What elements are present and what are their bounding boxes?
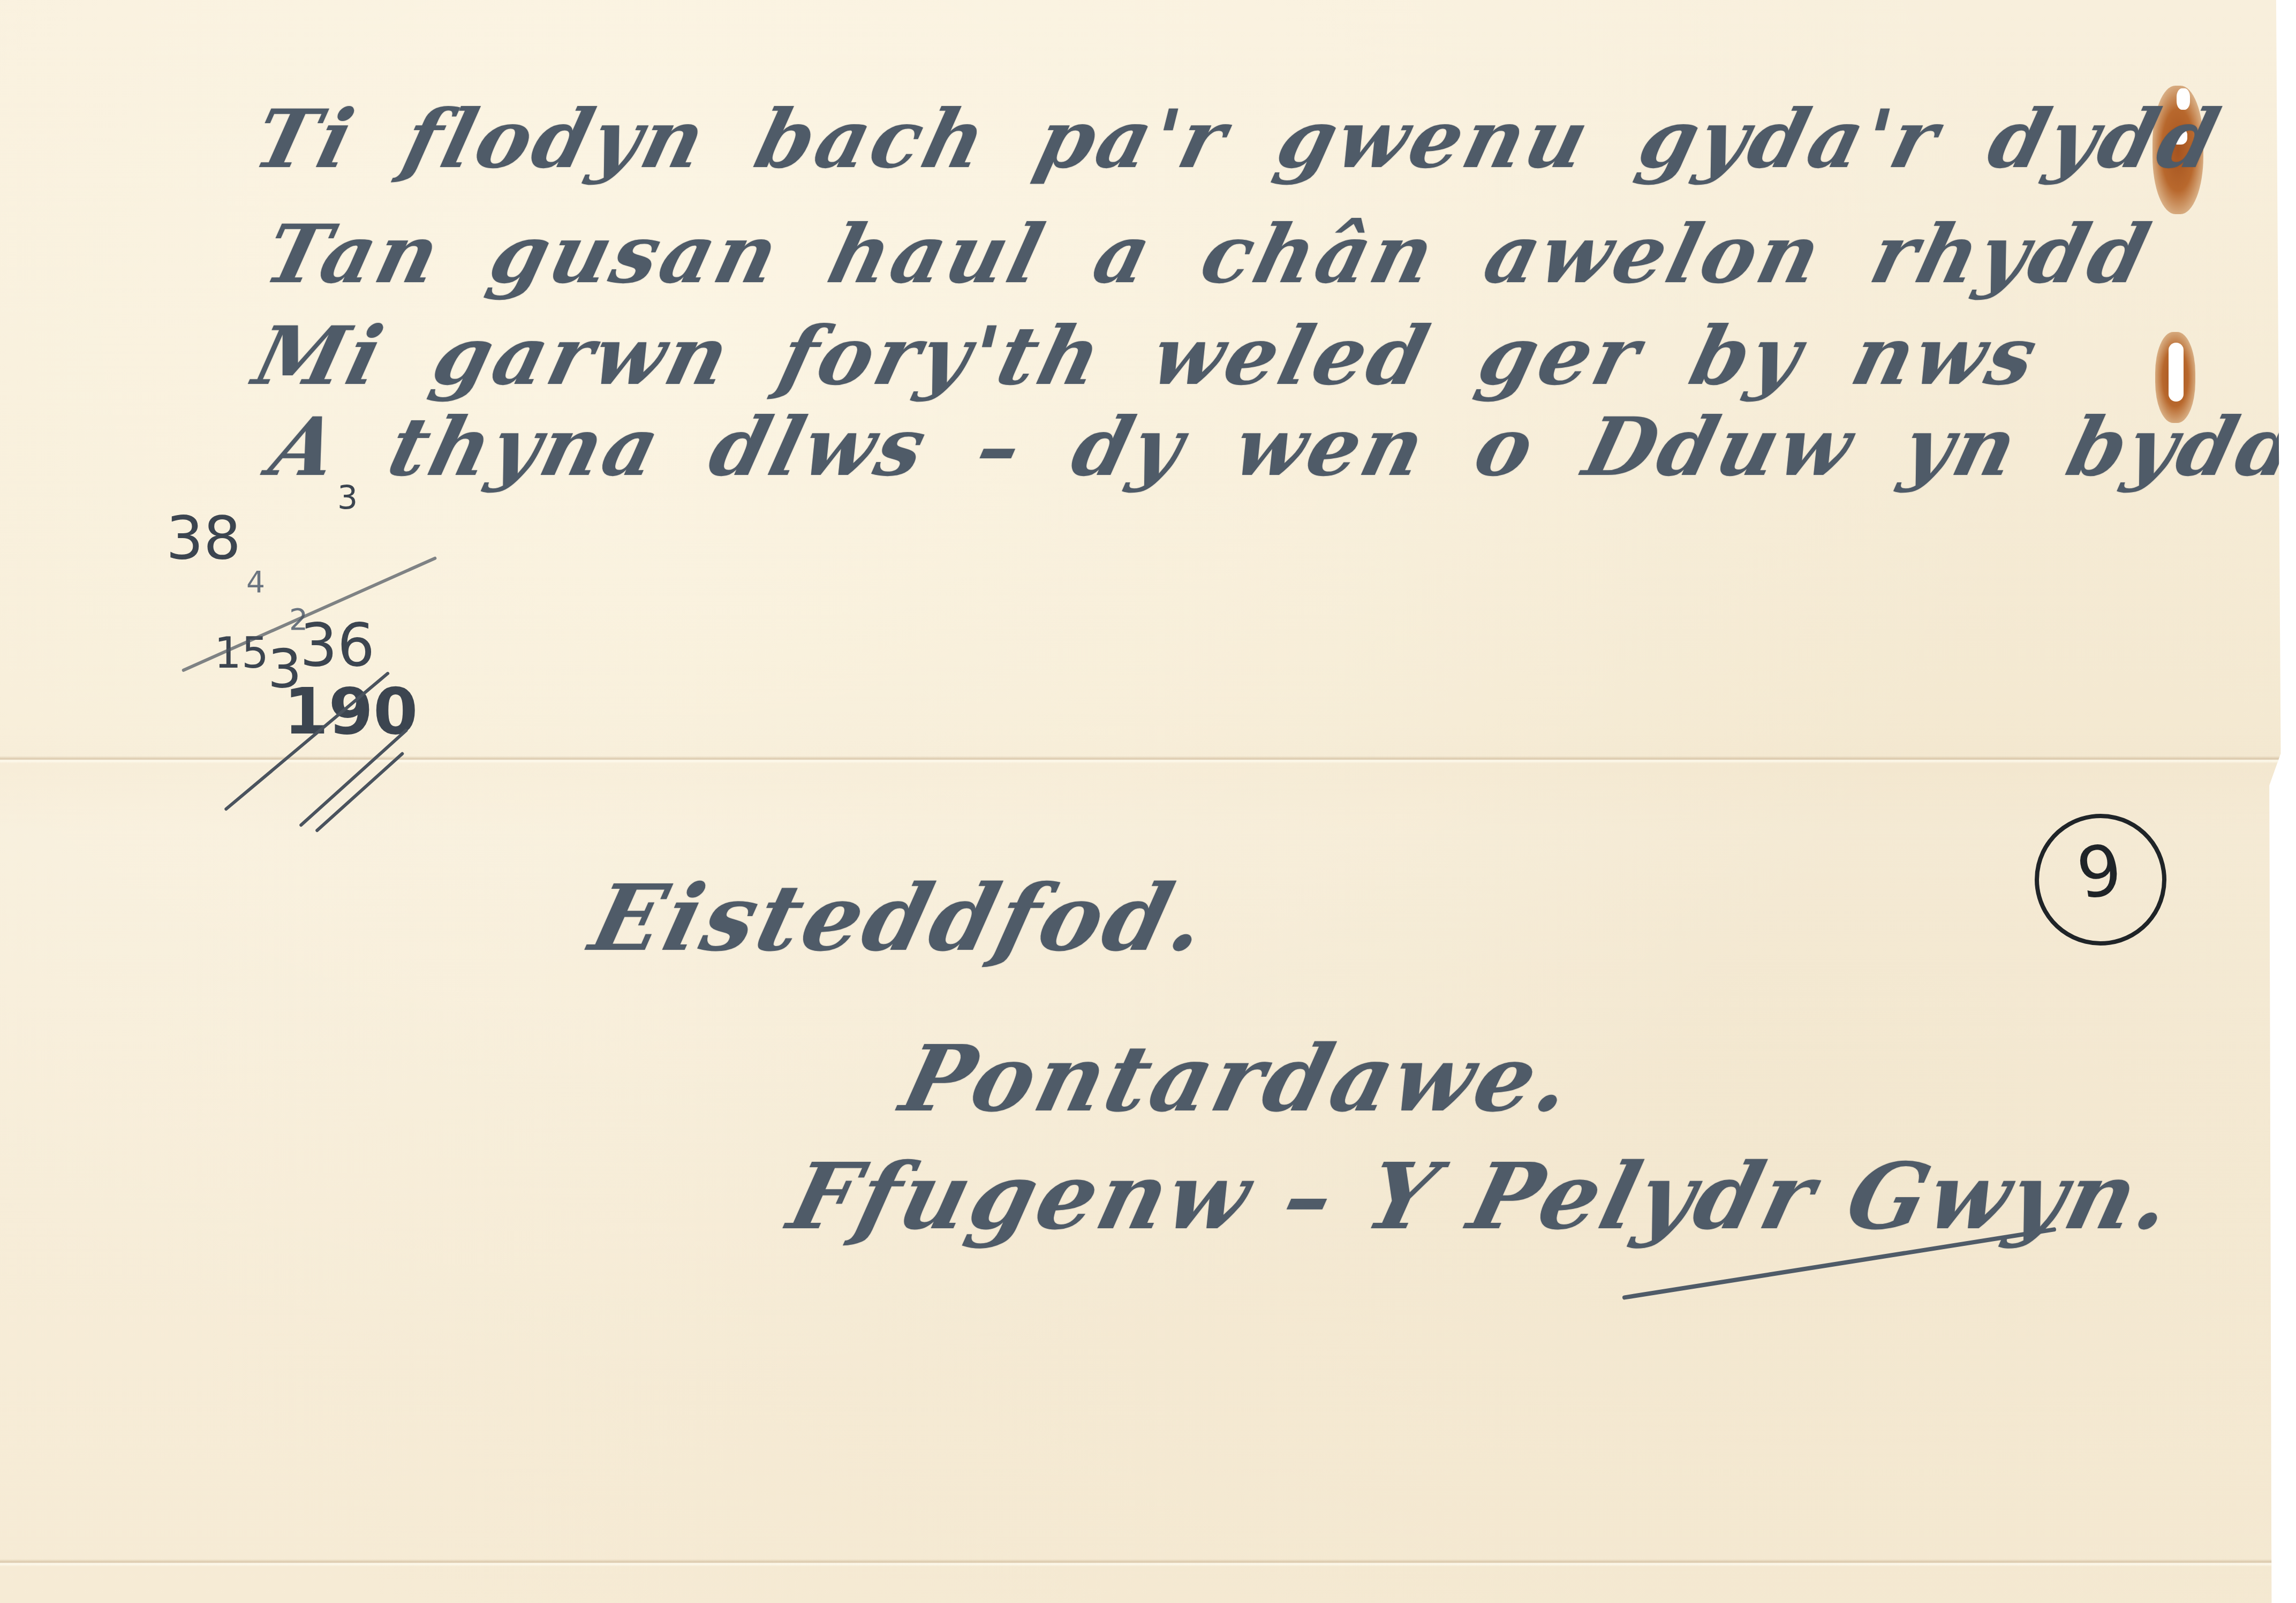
poem-line-3: Mi garwn fory'th weled ger by nws [247,316,2047,396]
pseudonym: Ffugenw – Y Pelydr Gwyn. [781,1151,2184,1242]
staple-hole-icon [2169,343,2184,402]
paper-fold-line-bottom [0,1559,2285,1567]
letter-page: Ti flodyn bach pa'r gwenu gyda'r dydd Ta… [0,0,2285,1603]
page-number: 9 [2072,828,2127,915]
poem-line-1: Ti flodyn bach pa'r gwenu gyda'r dydd [247,99,2229,179]
annotation-number: 3 [337,482,358,514]
paper-fold-line [0,756,2285,763]
annotation-number: 38 [166,509,241,568]
event-name: Eisteddfod. [583,873,1219,964]
poem-line-4: A thyna dlws – dy wen o Dduw yn bydd. [263,407,2296,487]
annotation-total: 190 [284,680,418,744]
event-place: Pontardawe. [894,1033,1584,1124]
annotation-underline [315,752,405,833]
annotation-number: 4 [246,568,265,597]
poem-line-2: Tan gusan haul a chân awelon rhydd [258,214,2159,294]
circled-page-number: 9 [2026,805,2175,954]
annotation-number: 36 [300,616,375,675]
